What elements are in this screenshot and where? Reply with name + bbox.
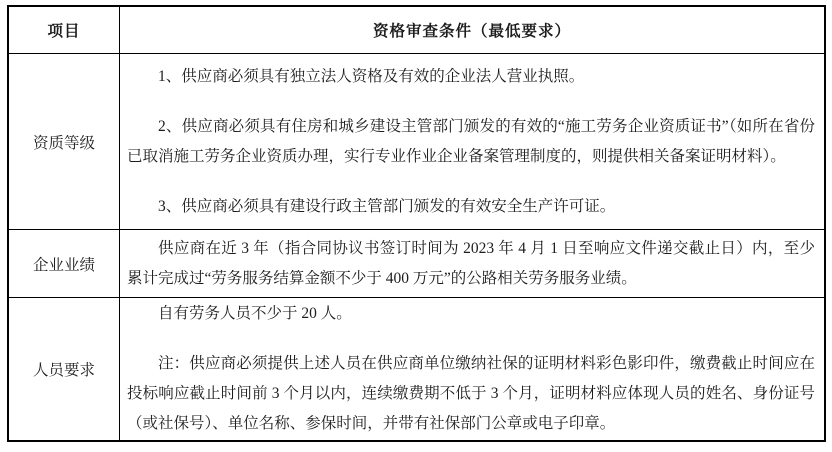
header-cell-condition: 资格审查条件（最低要求） xyxy=(120,7,824,54)
requirement-paragraph: 自有劳务人员不少于 20 人。 xyxy=(127,299,815,329)
header-cell-item: 项目 xyxy=(9,7,120,54)
row-label-personnel-requirements: 人员要求 xyxy=(9,298,120,440)
document-page: 项目 资格审查条件（最低要求） 资质等级 1、供应商必须具有独立法人资格及有效的… xyxy=(0,0,832,452)
row-label-text: 人员要求 xyxy=(33,358,95,380)
requirement-paragraph: 1、供应商必须具有独立法人资格及有效的企业法人营业执照。 xyxy=(127,62,815,92)
qualification-review-table: 项目 资格审查条件（最低要求） 资质等级 1、供应商必须具有独立法人资格及有效的… xyxy=(7,5,826,442)
requirement-paragraph: 注：供应商必须提供上述人员在供应商单位缴纳社保的证明材料彩色影印件，缴费截止时间… xyxy=(127,349,815,439)
header-item-label: 项目 xyxy=(47,19,80,41)
row-content-qualification-level: 1、供应商必须具有独立法人资格及有效的企业法人营业执照。 2、供应商必须具有住房… xyxy=(120,54,824,230)
header-condition-label: 资格审查条件（最低要求） xyxy=(373,19,571,41)
row-label-text: 企业业绩 xyxy=(33,253,95,275)
row-label-qualification-level: 资质等级 xyxy=(9,54,120,230)
row-label-text: 资质等级 xyxy=(33,131,95,153)
row-label-enterprise-performance: 企业业绩 xyxy=(9,230,120,298)
row-content-personnel-requirements: 自有劳务人员不少于 20 人。 注：供应商必须提供上述人员在供应商单位缴纳社保的… xyxy=(120,298,824,440)
requirement-paragraph: 2、供应商必须具有住房和城乡建设主管部门颁发的有效的“施工劳务企业资质证书”（如… xyxy=(127,112,815,172)
requirement-paragraph: 供应商在近 3 年（指合同协议书签订时间为 2023 年 4 月 1 日至响应文… xyxy=(127,234,815,294)
requirement-paragraph: 3、供应商必须具有建设行政主管部门颁发的有效安全生产许可证。 xyxy=(127,192,815,222)
row-content-enterprise-performance: 供应商在近 3 年（指合同协议书签订时间为 2023 年 4 月 1 日至响应文… xyxy=(120,230,824,298)
